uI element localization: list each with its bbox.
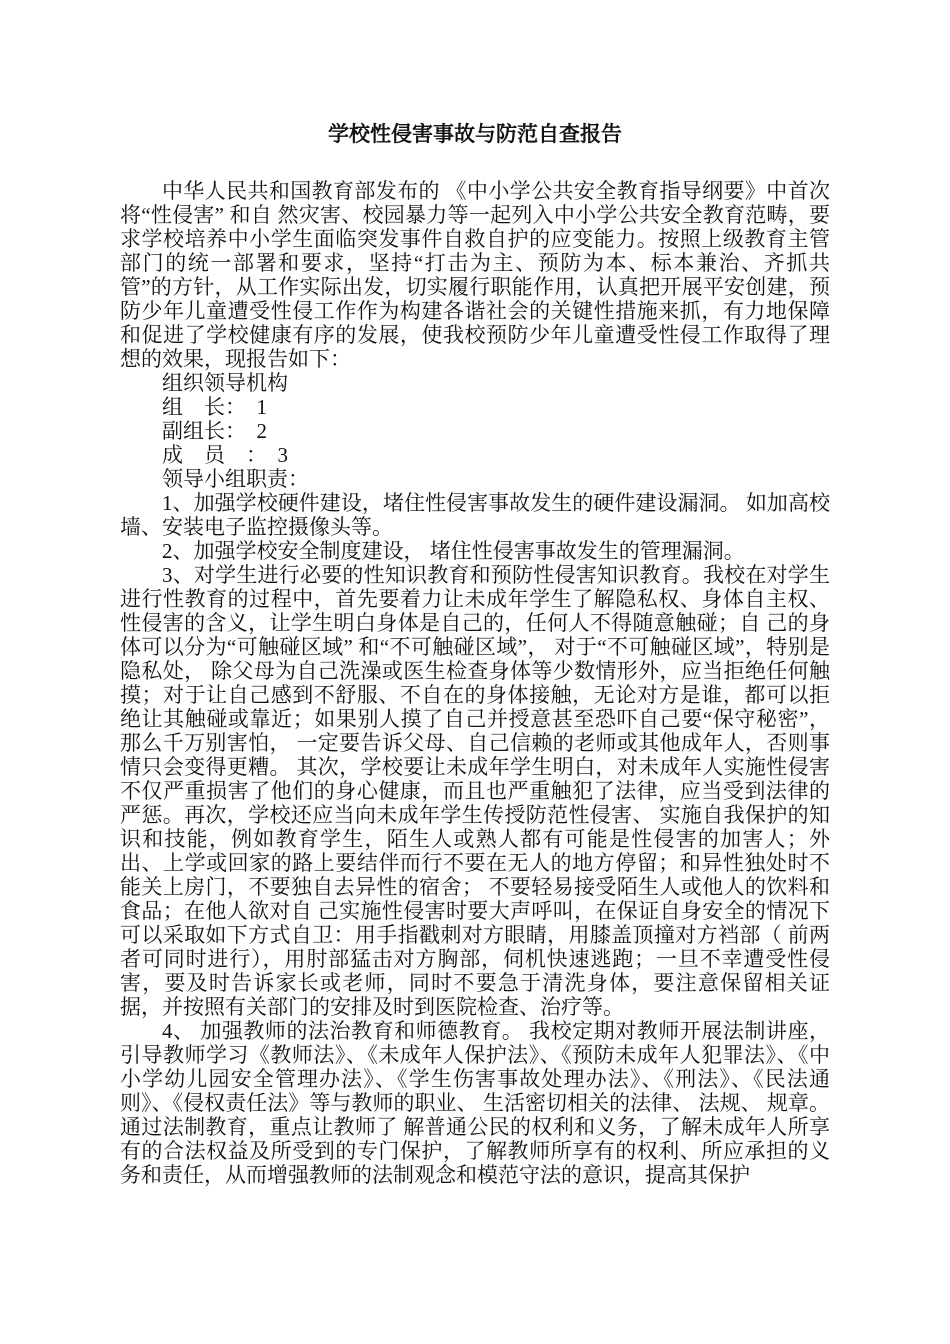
paragraph: 2、加强学校安全制度建设， 堵住性侵害事故发生的管理漏洞。 — [120, 539, 830, 563]
paragraph: 1、加强学校硬件建设，堵住性侵害事故发生的硬件建设漏洞。 如加高校墙、安装电子监… — [120, 491, 830, 539]
paragraph: 副组长： 2 — [120, 419, 830, 443]
paragraph: 领导小组职责： — [120, 467, 830, 491]
document-body: 中华人民共和国教育部发布的 《中小学公共安全教育指导纲要》中首次将“性侵害” 和… — [120, 179, 830, 1187]
paragraph: 中华人民共和国教育部发布的 《中小学公共安全教育指导纲要》中首次将“性侵害” 和… — [120, 179, 830, 371]
paragraph: 组 长： 1 — [120, 395, 830, 419]
paragraph: 组织领导机构 — [120, 371, 830, 395]
document-page: 学校性侵害事故与防范自查报告 中华人民共和国教育部发布的 《中小学公共安全教育指… — [0, 0, 950, 1344]
paragraph: 3、对学生进行必要的性知识教育和预防性侵害知识教育。我校在对学生进行性教育的过程… — [120, 563, 830, 1019]
paragraph: 4、 加强教师的法治教育和师德教育。 我校定期对教师开展法制讲座，引导教师学习《… — [120, 1019, 830, 1187]
document-title: 学校性侵害事故与防范自查报告 — [120, 122, 830, 146]
paragraph: 成 员 ： 3 — [120, 443, 830, 467]
